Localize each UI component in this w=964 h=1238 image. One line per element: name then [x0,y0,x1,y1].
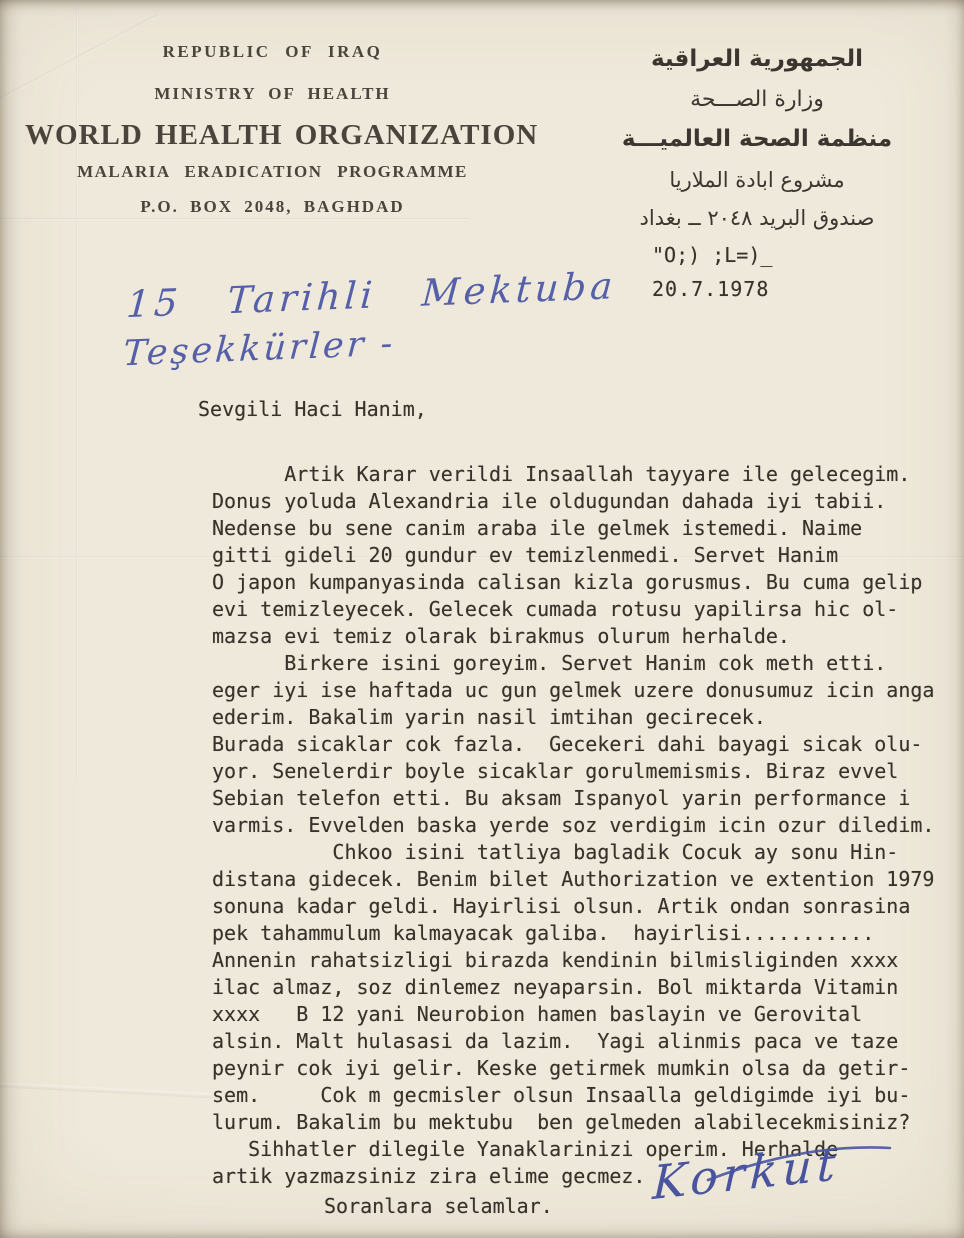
crease-horizontal-bottom [0,1082,220,1099]
crease-horizontal-top [0,218,470,222]
handwritten-note: 15 Tarihli Mektuba Teşekkürler - [122,264,618,374]
letter-date: 20.7.1978 [652,277,769,301]
letterhead-pobox: P.O. BOX 2048, BAGHDAD [25,197,520,217]
letterhead-arabic-organization: منظمة الصحة العالميـــة [602,126,912,152]
letterhead-arabic-country: الجمهورية العراقية [602,46,912,72]
typed-symbols-line: "O;) ;L=)_ [652,243,772,267]
crease-vertical [76,0,79,780]
salutation: Sevgili Haci Hanim, [198,397,427,421]
handwritten-note-line-2: Teşekkürler - [122,315,614,374]
letterhead-ministry: MINISTRY OF HEALTH [25,84,520,104]
letter-body: Artik Karar verildi Insaallah tayyare il… [212,461,934,1190]
handwritten-note-line-1: 15 Tarihli Mektuba [125,264,618,326]
letterhead-arabic-ministry: وزارة الصـــحة [602,87,912,112]
letterhead-arabic-pobox: صندوق البريد ٢٠٤٨ ــ بغداد [602,206,912,230]
letterhead-arabic-programme: مشروع ابادة الملاريا [602,168,912,192]
letter-page: REPUBLIC OF IRAQ MINISTRY OF HEALTH WORL… [0,0,964,1238]
letterhead-programme: MALARIA ERADICATION PROGRAMME [25,162,520,182]
closing-line: Soranlara selamlar. [324,1194,553,1218]
letterhead-organization: WORLD HEALTH ORGANIZATION [25,119,520,152]
letterhead-country: REPUBLIC OF IRAQ [25,42,520,62]
